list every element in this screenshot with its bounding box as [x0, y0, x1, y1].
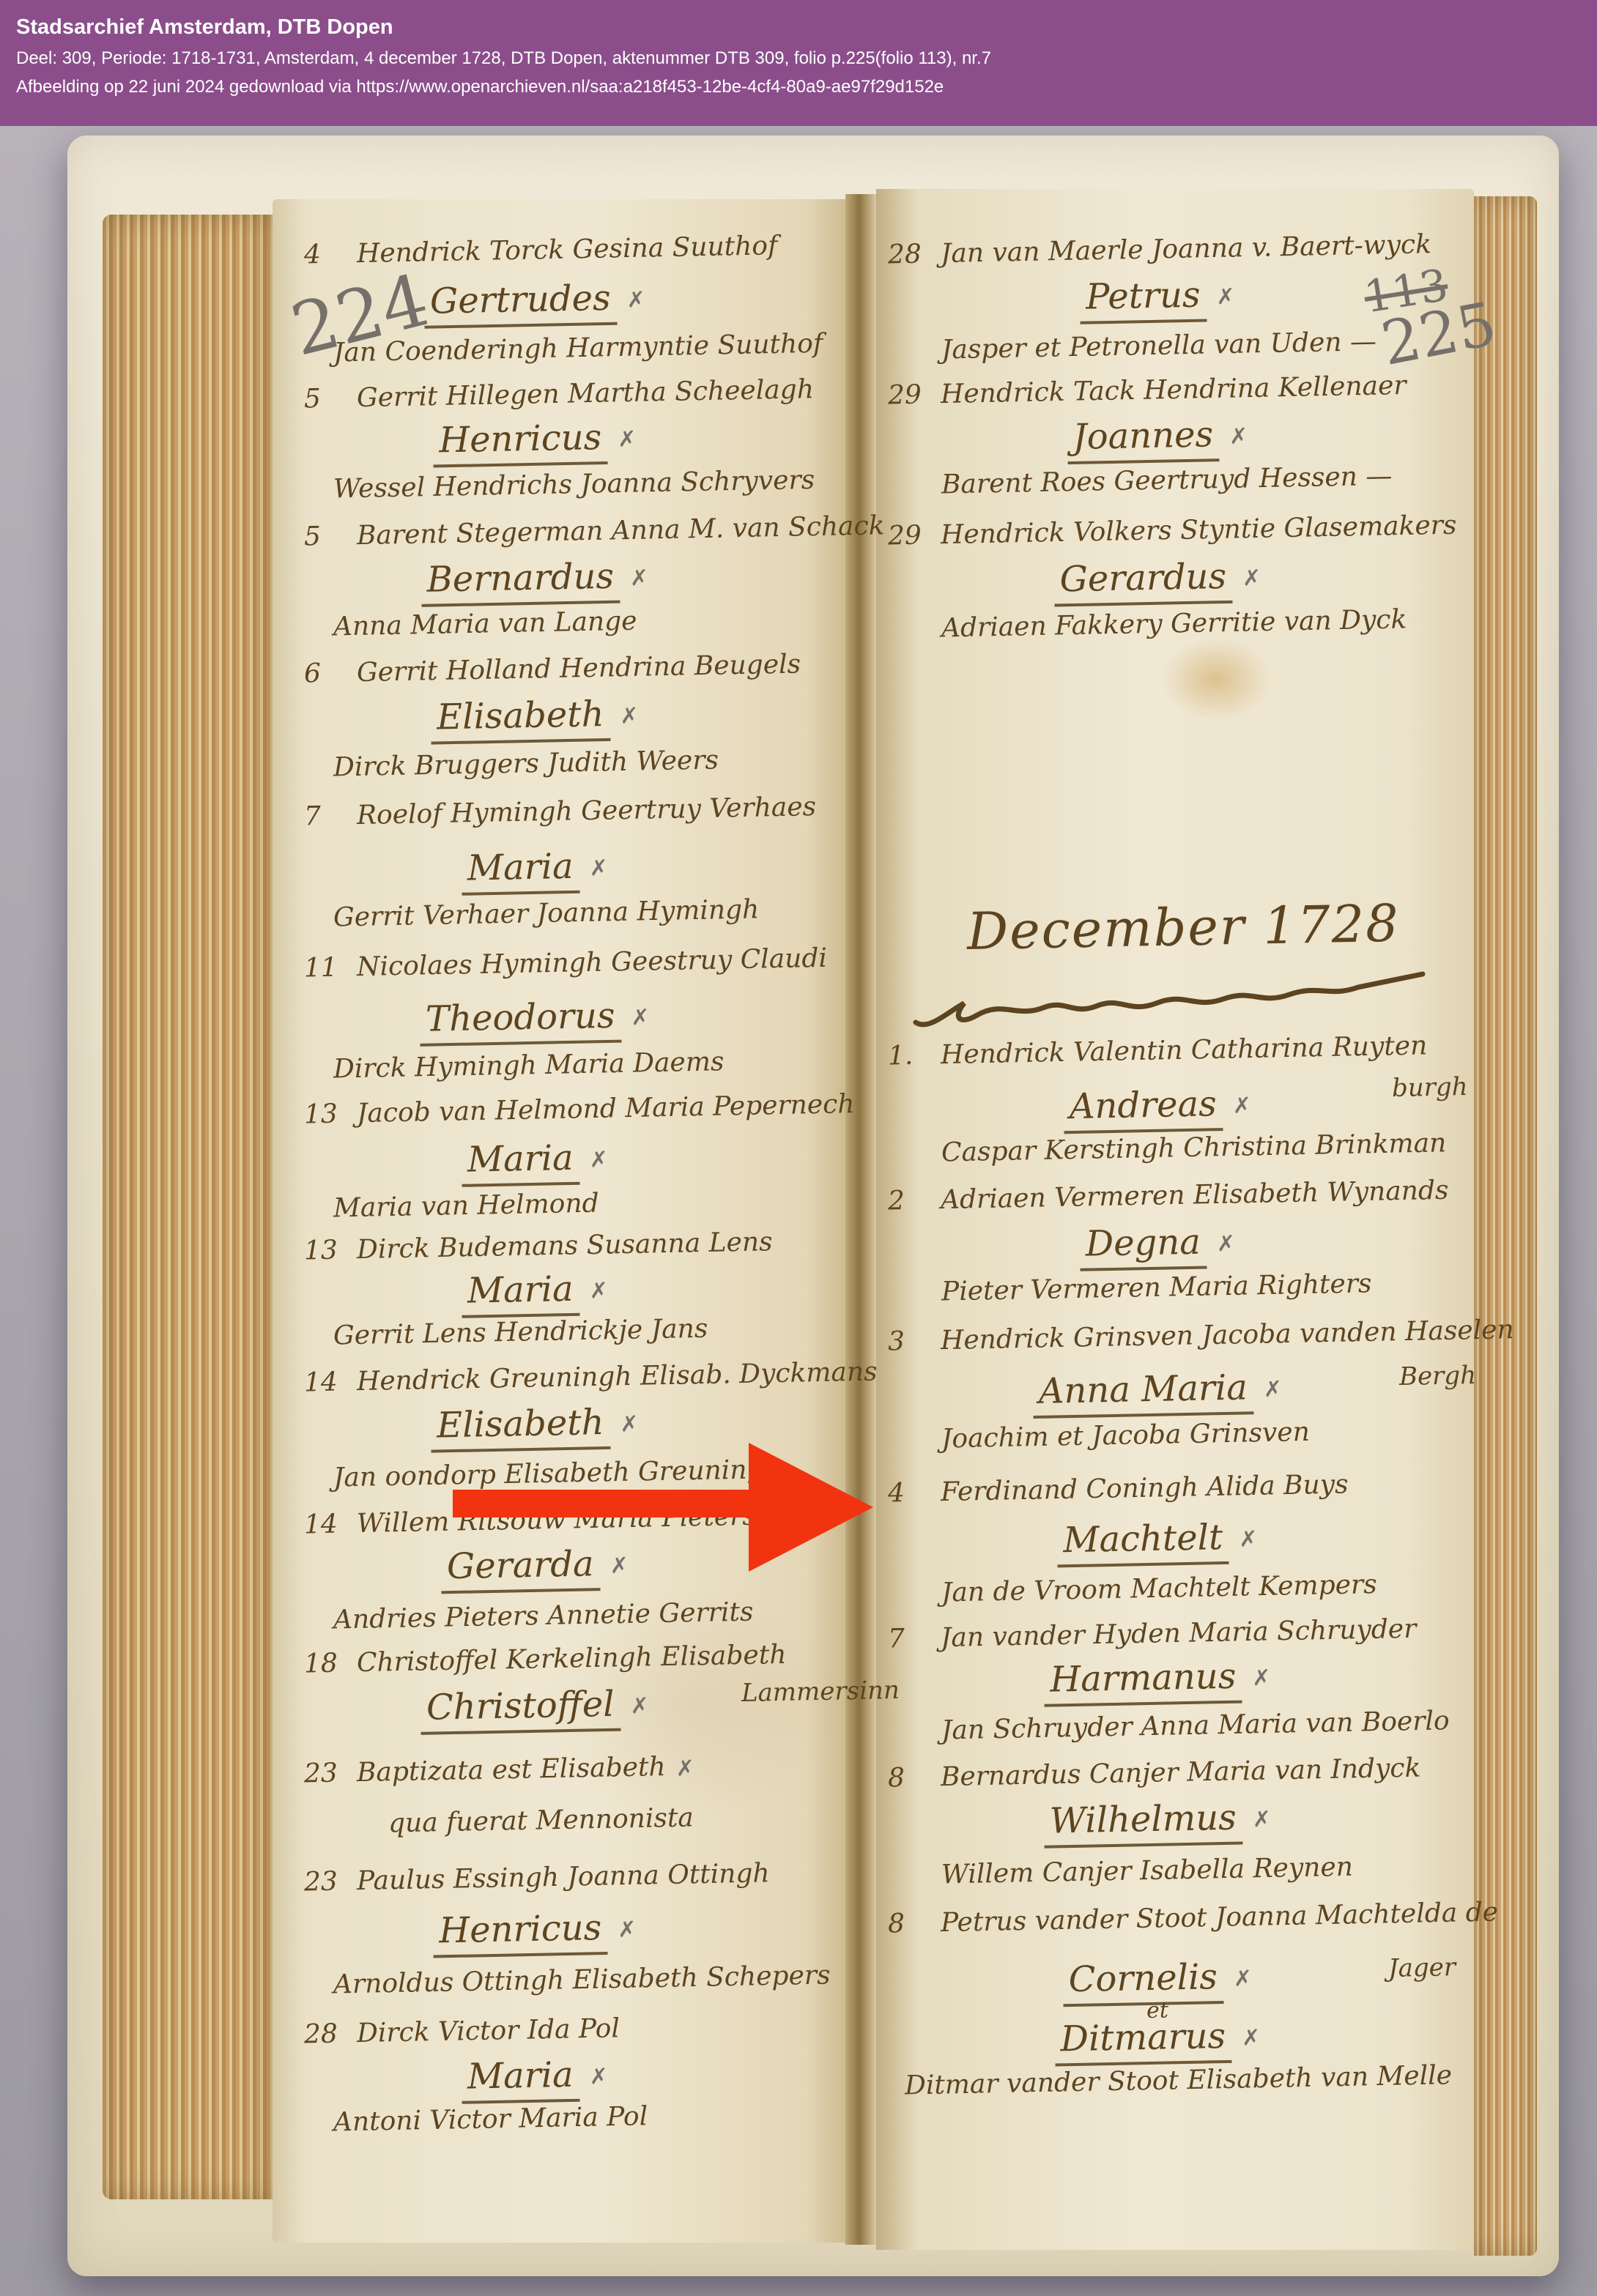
register-book — [67, 135, 1559, 2276]
left-page — [273, 199, 845, 2243]
archive-title: Stadsarchief Amsterdam, DTB Dopen — [16, 12, 1582, 44]
scan-photo — [0, 126, 1597, 2296]
page-shadow-stain — [536, 1586, 844, 1820]
page-stain — [1161, 637, 1271, 721]
right-page — [876, 189, 1474, 2250]
metadata-banner: Stadsarchief Amsterdam, DTB Dopen Deel: … — [0, 0, 1597, 126]
download-info: Afbeelding op 22 juni 2024 gedownload vi… — [16, 73, 1582, 102]
page-edges-left — [103, 215, 273, 2199]
book-gutter — [845, 194, 876, 2245]
record-details: Deel: 309, Periode: 1718-1731, Amsterdam… — [16, 44, 1582, 73]
page-edges-right — [1474, 196, 1537, 2256]
